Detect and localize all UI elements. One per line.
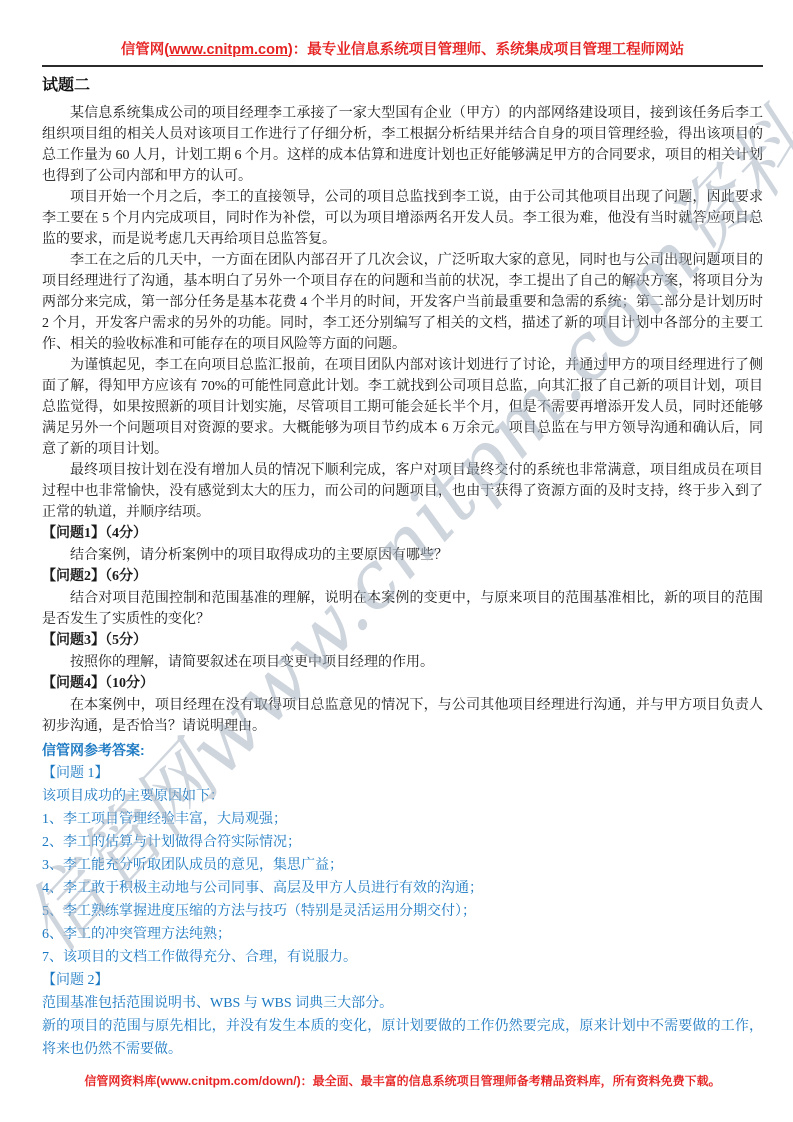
case-paragraph: 为谨慎起见，李工在向项目总监汇报前，在项目团队内部对该计划进行了讨论，并通过甲方…	[42, 355, 763, 460]
case-paragraph: 项目开始一个月之后，李工的直接领导，公司的项目总监找到李工说，由于公司其他项目出…	[42, 187, 763, 250]
question-label: 【问题3】（5分）	[42, 630, 763, 652]
question-label: 【问题1】（4分）	[42, 523, 763, 545]
site-name: 信管网(	[121, 42, 169, 58]
answer-section-heading: 信管网参考答案:	[42, 739, 763, 762]
site-url-link[interactable]: www.cnitpm.com	[169, 42, 288, 58]
answer-line: 1、李工项目管理经验丰富，大局观强；	[42, 808, 763, 831]
answer-line: 5、李工熟练掌握进度压缩的方法与技巧（特别是灵活运用分期交付）；	[42, 900, 763, 923]
document-page: 信管网(www.cnitpm.com)：最专业信息系统项目管理师、系统集成项目管…	[0, 0, 793, 1089]
question-text: 结合案例，请分析案例中的项目取得成功的主要原因有哪些？	[42, 545, 763, 566]
answer-line: 新的项目的范围与原先相比，并没有发生本质的变化，原计划要做的工作仍然要完成，原来…	[42, 1015, 763, 1061]
answer-question-label: 【问题 2】	[42, 969, 763, 992]
case-paragraph: 最终项目按计划在没有增加人员的情况下顺利完成，客户对项目最终交付的系统也非常满意…	[42, 460, 763, 523]
question-text: 结合对项目范围控制和范围基准的理解，说明在本案例的变更中，与原来项目的范围基准相…	[42, 588, 763, 630]
page-title: 试题二	[42, 75, 763, 97]
footer-url: www.cnitpm.com/down/	[160, 1074, 296, 1088]
answer-line: 7、该项目的文档工作做得充分、合理，有说服力。	[42, 946, 763, 969]
site-header-tagline: )：最专业信息系统项目管理师、系统集成项目管理工程师网站	[288, 42, 684, 58]
answer-line: 3、李工能充分听取团队成员的意见，集思广益；	[42, 854, 763, 877]
question-block: 【问题3】（5分） 按照你的理解，请简要叙述在项目变更中项目经理的作用。	[42, 630, 763, 673]
answer-line: 2、李工的估算与计划做得合符实际情况；	[42, 831, 763, 854]
question-block: 【问题1】（4分） 结合案例，请分析案例中的项目取得成功的主要原因有哪些？	[42, 523, 763, 566]
site-header: 信管网(www.cnitpm.com)：最专业信息系统项目管理师、系统集成项目管…	[42, 40, 763, 60]
question-text: 在本案例中，项目经理在没有取得项目总监意见的情况下，与公司其他项目经理进行沟通，…	[42, 695, 763, 737]
footer-label: 信管网资料库(	[84, 1074, 160, 1088]
answer-line: 该项目成功的主要原因如下：	[42, 785, 763, 808]
question-block: 【问题2】（6分） 结合对项目范围控制和范围基准的理解，说明在本案例的变更中，与…	[42, 566, 763, 630]
case-paragraph: 某信息系统集成公司的项目经理李工承接了一家大型国有企业（甲方）的内部网络建设项目…	[42, 103, 763, 187]
question-block: 【问题4】（10分） 在本案例中，项目经理在没有取得项目总监意见的情况下，与公司…	[42, 673, 763, 737]
footer-tagline: )：最全面、最丰富的信息系统项目管理师备考精品资料库，所有资料免费下载。	[297, 1074, 721, 1088]
question-label: 【问题4】（10分）	[42, 673, 763, 695]
site-footer: 信管网资料库(www.cnitpm.com/down/)：最全面、最丰富的信息系…	[42, 1073, 763, 1089]
question-label: 【问题2】（6分）	[42, 566, 763, 588]
answer-line: 4、李工敢于积极主动地与公司同事、高层及甲方人员进行有效的沟通；	[42, 877, 763, 900]
answer-line: 6、李工的冲突管理方法纯熟；	[42, 923, 763, 946]
question-text: 按照你的理解，请简要叙述在项目变更中项目经理的作用。	[42, 652, 763, 673]
answer-question-label: 【问题 1】	[42, 762, 763, 785]
case-paragraph: 李工在之后的几天中，一方面在团队内部召开了几次会议，广泛听取大家的意见，同时也与…	[42, 250, 763, 355]
header-divider	[42, 65, 763, 67]
answer-line: 范围基准包括范围说明书、WBS 与 WBS 词典三大部分。	[42, 992, 763, 1015]
